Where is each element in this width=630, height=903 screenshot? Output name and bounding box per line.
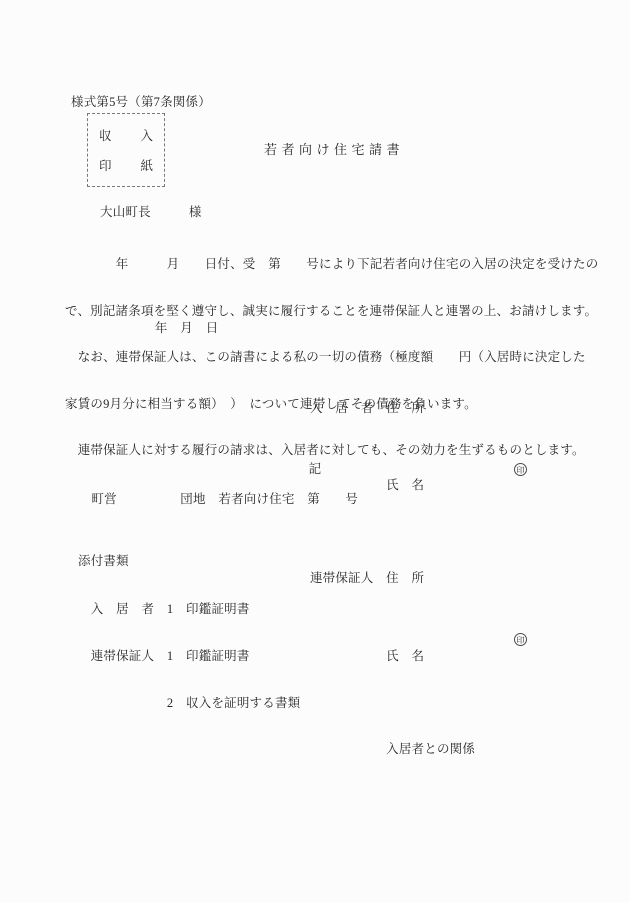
guarantor-name-label: 氏 名	[310, 649, 424, 663]
revenue-stamp-box: 収 入 印 紙	[87, 113, 165, 187]
revenue-stamp-char: 入	[140, 126, 153, 144]
tenant-address-line: 入 居 者 住 所	[290, 385, 475, 432]
tenant-address-label: 入 居 者 住 所	[310, 401, 424, 415]
attachments-header: 添付書類	[78, 554, 300, 570]
body-line: で、別記諸条項を堅く遵守し、誠実に履行することを連帯保証人と連署の上、お請けしま…	[65, 304, 598, 320]
attachment-row: 2 収入を証明する書類	[78, 696, 300, 712]
housing-unit-line: 町営 団地 若者向け住宅 第 号	[66, 489, 358, 507]
revenue-stamp-char: 印	[99, 156, 112, 174]
attachment-row: 入 居 者 1 印鑑証明書	[78, 602, 300, 618]
signature-block: 入 居 者 住 所 氏 名 印 連帯保証人 住 所 氏 名 印 入居者との関係	[290, 354, 475, 804]
document-page: 様式第5号（第7条関係） 収 入 印 紙 若者向け住宅請書 大山町長 様 年 月…	[0, 0, 630, 903]
relationship-line: 入居者との関係	[290, 726, 475, 773]
revenue-stamp-row-1: 収 入	[88, 126, 164, 144]
revenue-stamp-char: 収	[99, 126, 112, 144]
section-marker: 記	[65, 459, 565, 477]
attachment-row: 連帯保証人 1 印鑑証明書	[78, 649, 300, 665]
seal-stamp-icon: 印	[514, 633, 527, 646]
body-line: 年 月 日付、受 第 号により下記若者向け住宅の入居の決定を受けたの	[65, 257, 598, 273]
guarantor-address-line: 連帯保証人 住 所	[290, 556, 475, 603]
guarantor-name-line: 氏 名 印	[290, 633, 475, 695]
attachments-block: 添付書類 入 居 者 1 印鑑証明書 連帯保証人 1 印鑑証明書 2 収入を証明…	[78, 523, 300, 743]
guarantor-address-label: 連帯保証人 住 所	[310, 571, 424, 585]
addressee-line: 大山町長 様	[100, 202, 202, 220]
document-title: 若者向け住宅請書	[264, 139, 404, 158]
revenue-stamp-char: 紙	[140, 156, 153, 174]
form-number: 様式第5号（第7条関係）	[71, 92, 211, 110]
date-line: 年 月 日	[66, 318, 218, 336]
relationship-label: 入居者との関係	[310, 742, 475, 756]
revenue-stamp-row-2: 印 紙	[88, 156, 164, 174]
